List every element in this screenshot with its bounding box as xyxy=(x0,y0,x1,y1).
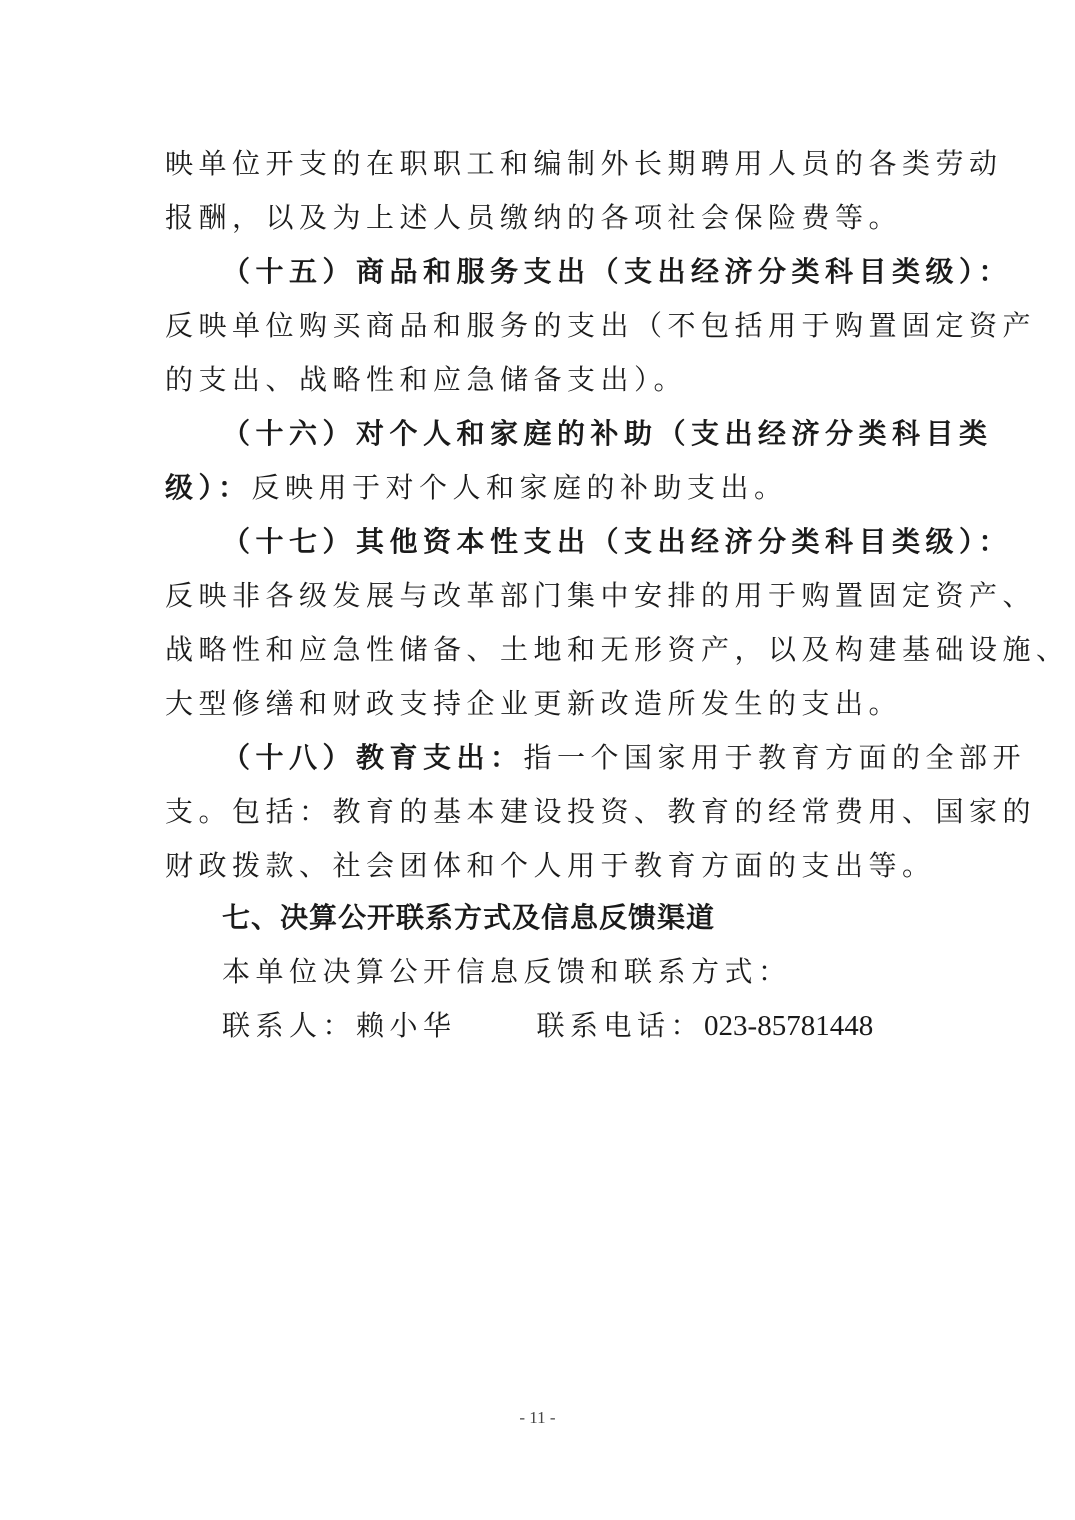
paragraph-line: 的支出、战略性和应急储备支出）。 xyxy=(165,362,687,398)
paragraph-line: 财政拨款、社会团体和个人用于教育方面的支出等。 xyxy=(165,848,936,884)
contact-person-label: 联系人： xyxy=(222,1009,356,1042)
contact-line: 联系人：赖小华联系电话：023-85781448 xyxy=(222,1008,873,1044)
paragraph-line: 反映单位购买商品和服务的支出（不包括用于购置固定资产 xyxy=(165,308,1036,344)
paragraph-line: 级）：反映用于对个人和家庭的补助支出。 xyxy=(165,470,788,506)
contact-phone-label: 联系电话： xyxy=(537,1009,705,1042)
paragraph-line: 支。包括：教育的基本建设投资、教育的经常费用、国家的 xyxy=(165,794,1036,830)
paragraph-line: 大型修缮和财政支持企业更新改造所发生的支出。 xyxy=(165,686,902,722)
contact-intro: 本单位决算公开信息反馈和联系方式： xyxy=(222,954,792,990)
paragraph-line: 映单位开支的在职职工和编制外长期聘用人员的各类劳动 xyxy=(165,146,1003,182)
document-page: 映单位开支的在职职工和编制外长期聘用人员的各类劳动 报酬，以及为上述人员缴纳的各… xyxy=(0,0,1075,1520)
section-heading: 七、决算公开联系方式及信息反馈渠道 xyxy=(222,900,715,936)
paragraph-line: 报酬，以及为上述人员缴纳的各项社会保险费等。 xyxy=(165,200,902,236)
contact-phone: 023-85781448 xyxy=(704,1010,873,1042)
item-title-15: （十五）商品和服务支出（支出经济分类科目类级）： xyxy=(222,254,1012,290)
item-title-16: （十六）对个人和家庭的补助（支出经济分类科目类 xyxy=(222,416,993,452)
contact-person: 赖小华 xyxy=(356,1009,457,1042)
item-body-18: 指一个国家用于教育方面的全部开 xyxy=(524,741,1027,774)
page-number: - 11 - xyxy=(0,1408,1075,1428)
item-title-17: （十七）其他资本性支出（支出经济分类科目类级）： xyxy=(222,524,1012,560)
paragraph-line: 反映非各级发展与改革部门集中安排的用于购置固定资产、 xyxy=(165,578,1036,614)
item-body-16: 反映用于对个人和家庭的补助支出。 xyxy=(252,471,788,504)
item-title-16-cont: 级）： xyxy=(165,471,252,504)
paragraph-line: 战略性和应急性储备、土地和无形资产，以及构建基础设施、 xyxy=(165,632,1070,668)
item-title-18: （十八）教育支出： xyxy=(222,741,524,774)
paragraph-line: （十八）教育支出：指一个国家用于教育方面的全部开 xyxy=(222,740,1026,776)
